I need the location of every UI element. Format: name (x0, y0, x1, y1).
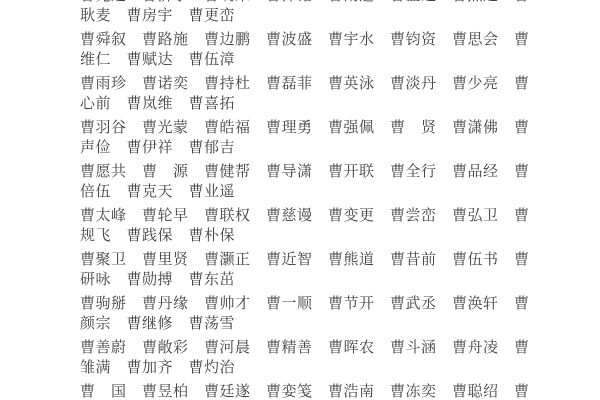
name-line: 声俭 曹伊祥 曹郁吉 (80, 138, 530, 158)
name-line: 曹雨珍 曹诺奕 曹持杜 曹磊菲 曹英泳 曹淡丹 曹少亮 曹 (80, 74, 530, 94)
name-line: 耿麦 曹房宇 曹更峦 (80, 6, 530, 26)
name-line: 研咏 曹勋搏 曹东茁 (80, 270, 530, 290)
name-paragraph: 曹羽谷 曹光蒙 曹皓福 曹理勇 曹强佩 曹 贤 曹潇佛 曹 声俭 曹伊祥 曹郁吉 (80, 118, 530, 158)
name-paragraph: 曹善蔚 曹敞彩 曹河晨 曹精善 曹晖农 曹斗涵 曹舟凌 曹 雏满 曹加齐 曹灼治 (80, 338, 530, 378)
name-paragraph: 曹太峰 曹轮早 曹联权 曹慈谩 曹变更 曹尝峦 曹弘卫 曹 规飞 曹践保 曹朴保 (80, 206, 530, 246)
name-paragraph: 曹 国 曹昱柏 曹廷遂 曹娈笺 曹浩南 曹冻奕 曹聪绍 曹 (80, 382, 530, 400)
name-line: 曹舜叙 曹路施 曹边鹏 曹波盛 曹宇水 曹钧资 曹思会 曹 (80, 30, 530, 50)
name-line: 规飞 曹践保 曹朴保 (80, 226, 530, 246)
name-line: 曹聚卫 曹里贤 曹灏正 曹近智 曹熊道 曹昔前 曹伍书 曹 (80, 250, 530, 270)
name-paragraph: 曹愿共 曹 源 曹健帮 曹导潇 曹开联 曹全行 曹品经 曹 倍伍 曹克天 曹业遥 (80, 162, 530, 202)
name-paragraph: 曹舜叙 曹路施 曹边鹏 曹波盛 曹宇水 曹钧资 曹思会 曹 维仁 曹赋达 曹伍漳 (80, 30, 530, 70)
name-list: 曹先进 曹济宇 曹明朵 曹洋铭 曹雨造 曹盛延 曹杰道 曹 耿麦 曹房宇 曹更峦… (0, 0, 600, 400)
name-line: 倍伍 曹克天 曹业遥 (80, 182, 530, 202)
name-line: 曹太峰 曹轮早 曹联权 曹慈谩 曹变更 曹尝峦 曹弘卫 曹 (80, 206, 530, 226)
name-paragraph: 曹驹掰 曹丹缘 曹帅才 曹一顺 曹节开 曹武丞 曹涣轩 曹 颜宗 曹继修 曹荡雪 (80, 294, 530, 334)
clipped-name-line: 曹 国 曹昱柏 曹廷遂 曹娈笺 曹浩南 曹冻奕 曹聪绍 曹 (80, 382, 530, 400)
name-paragraph: 曹先进 曹济宇 曹明朵 曹洋铭 曹雨造 曹盛延 曹杰道 曹 耿麦 曹房宇 曹更峦 (80, 0, 530, 26)
name-paragraph: 曹雨珍 曹诺奕 曹持杜 曹磊菲 曹英泳 曹淡丹 曹少亮 曹 心前 曹岚维 曹喜拓 (80, 74, 530, 114)
name-line: 曹善蔚 曹敞彩 曹河晨 曹精善 曹晖农 曹斗涵 曹舟凌 曹 (80, 338, 530, 358)
name-line: 颜宗 曹继修 曹荡雪 (80, 314, 530, 334)
name-line: 雏满 曹加齐 曹灼治 (80, 358, 530, 378)
name-line: 曹驹掰 曹丹缘 曹帅才 曹一顺 曹节开 曹武丞 曹涣轩 曹 (80, 294, 530, 314)
page: 曹先进 曹济宇 曹明朵 曹洋铭 曹雨造 曹盛延 曹杰道 曹 耿麦 曹房宇 曹更峦… (0, 0, 600, 400)
name-paragraph: 曹聚卫 曹里贤 曹灏正 曹近智 曹熊道 曹昔前 曹伍书 曹 研咏 曹勋搏 曹东茁 (80, 250, 530, 290)
name-line: 曹羽谷 曹光蒙 曹皓福 曹理勇 曹强佩 曹 贤 曹潇佛 曹 (80, 118, 530, 138)
name-line: 曹愿共 曹 源 曹健帮 曹导潇 曹开联 曹全行 曹品经 曹 (80, 162, 530, 182)
name-line: 维仁 曹赋达 曹伍漳 (80, 50, 530, 70)
name-line: 心前 曹岚维 曹喜拓 (80, 94, 530, 114)
